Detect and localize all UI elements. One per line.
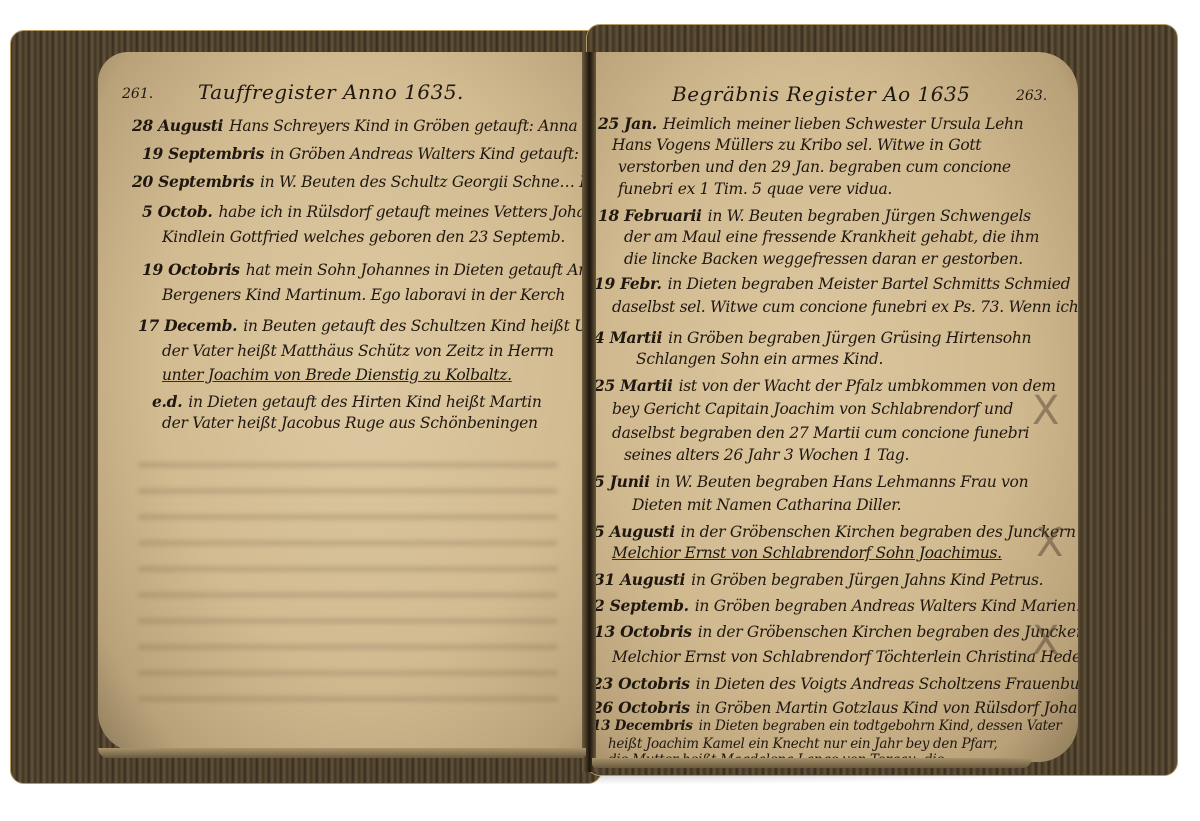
- baptism-entry-continued: unter Joachim von Brede Dienstig zu Kolb…: [162, 366, 512, 384]
- baptism-entry: 20 Septembrisin W. Beuten des Schultz Ge…: [132, 172, 588, 191]
- right-page: Begräbnis Register Ao 1635 263. 25 Jan.H…: [592, 52, 1078, 762]
- burial-entry-continued: bey Gericht Capitain Joachim von Schlabr…: [612, 400, 1013, 418]
- bleed-through-text: [138, 566, 558, 572]
- burial-entry: 26 Octobrisin Gröben Martin Gotzlaus Kin…: [592, 698, 1078, 717]
- burial-entry-continued: seines alters 26 Jahr 3 Wochen 1 Tag.: [624, 446, 909, 464]
- burial-entry: 5 Juniiin W. Beuten begraben Hans Lehman…: [594, 472, 1028, 491]
- left-page-bottom-edge: [98, 748, 586, 758]
- burial-entry: 23 Octobrisin Dieten des Voigts Andreas …: [592, 674, 1078, 693]
- burial-entry: 18 Februariiin W. Beuten begraben Jürgen…: [598, 206, 1031, 225]
- bleed-through-text: [138, 696, 558, 702]
- baptism-entry: 19 Septembrisin Gröben Andreas Walters K…: [142, 144, 588, 163]
- burial-entry: 13 Decembrisin Dieten begraben ein todtg…: [592, 718, 1062, 734]
- baptism-entry-continued: der Vater heißt Matthäus Schütz von Zeit…: [162, 342, 554, 360]
- burial-entry-continued: Schlangen Sohn ein armes Kind.: [636, 350, 883, 368]
- bleed-through-text: [138, 540, 558, 546]
- bleed-through-text: [138, 462, 558, 468]
- burial-entry: 2 Septemb.in Gröben begraben Andreas Wal…: [594, 596, 1078, 615]
- burial-entry-continued: Hans Vogens Müllers zu Kribo sel. Witwe …: [612, 136, 981, 154]
- burial-entry: 25 Jan.Heimlich meiner lieben Schwester …: [598, 114, 1023, 133]
- burial-entry: 5 Augustiin der Gröbenschen Kirchen begr…: [594, 522, 1076, 541]
- burial-entry-continued: der am Maul eine fressende Krankheit geh…: [624, 228, 1039, 246]
- margin-x-mark: X: [1032, 388, 1059, 434]
- right-page-bottom-edge: [592, 758, 1032, 768]
- baptism-entry: 17 Decemb.in Beuten getauft des Schultze…: [138, 316, 588, 335]
- burial-entry-continued: daselbst begraben den 27 Martii cum conc…: [612, 424, 1029, 442]
- burial-entry: 31 Augustiin Gröben begraben Jürgen Jahn…: [594, 570, 1043, 589]
- bleed-through-text: [138, 514, 558, 520]
- burial-entry-continued: Melchior Ernst von Schlabrendorf Sohn Jo…: [612, 544, 1002, 562]
- bleed-through-text: [138, 644, 558, 650]
- burial-entry: 13 Octobrisin der Gröbenschen Kirchen be…: [594, 622, 1078, 641]
- burial-entry: 19 Febr.in Dieten begraben Meister Barte…: [594, 274, 1070, 293]
- burial-entry-continued: die lincke Backen weggefressen daran er …: [624, 250, 1023, 268]
- baptism-entry: 28 AugustiHans Schreyers Kind in Gröben …: [132, 116, 577, 135]
- burial-entry-continued: Melchior Ernst von Schlabrendorf Töchter…: [612, 648, 1078, 666]
- burial-entry-continued: daselbst sel. Witwe cum concione funebri…: [612, 298, 1078, 316]
- burial-entry-continued: verstorben und den 29 Jan. begraben cum …: [618, 158, 1011, 176]
- bleed-through-text: [138, 488, 558, 494]
- left-page: 261. Tauffregister Anno 1635. 28 Augusti…: [98, 52, 588, 752]
- left-page-heading: Tauffregister Anno 1635.: [198, 80, 464, 104]
- margin-x-mark: X: [1036, 520, 1063, 566]
- burial-entry: 4 Martiiin Gröben begraben Jürgen Grüsin…: [594, 328, 1031, 347]
- burial-entry: 25 Martiiist von der Wacht der Pfalz umb…: [594, 376, 1056, 395]
- baptism-entry-continued: der Vater heißt Jacobus Ruge aus Schönbe…: [162, 414, 538, 432]
- book-gutter: [582, 52, 596, 772]
- baptism-entry-continued: Bergeners Kind Martinum. Ego laboravi in…: [162, 286, 565, 304]
- right-page-number: 263.: [1016, 88, 1047, 104]
- bleed-through-text: [138, 618, 558, 624]
- baptism-entry: 5 Octob.habe ich in Rülsdorf getauft mei…: [142, 202, 588, 221]
- burial-entry-continued: heißt Joachim Kamel ein Knecht nur ein J…: [608, 736, 998, 752]
- baptism-entry: e.d.in Dieten getauft des Hirten Kind he…: [152, 392, 542, 411]
- burial-entry-continued: funebri ex 1 Tim. 5 quae vere vidua.: [618, 180, 892, 198]
- left-page-number: 261.: [122, 86, 153, 102]
- open-book: 261. Tauffregister Anno 1635. 28 Augusti…: [10, 22, 1178, 792]
- burial-entry-continued: Dieten mit Namen Catharina Diller.: [632, 496, 901, 514]
- baptism-entry-continued: Kindlein Gottfried welches geboren den 2…: [162, 228, 565, 246]
- baptism-entry: 19 Octobrishat mein Sohn Johannes in Die…: [142, 260, 588, 279]
- bleed-through-text: [138, 670, 558, 676]
- margin-x-mark: X: [1032, 618, 1059, 664]
- bleed-through-text: [138, 592, 558, 598]
- right-page-heading: Begräbnis Register Ao 1635: [672, 82, 970, 106]
